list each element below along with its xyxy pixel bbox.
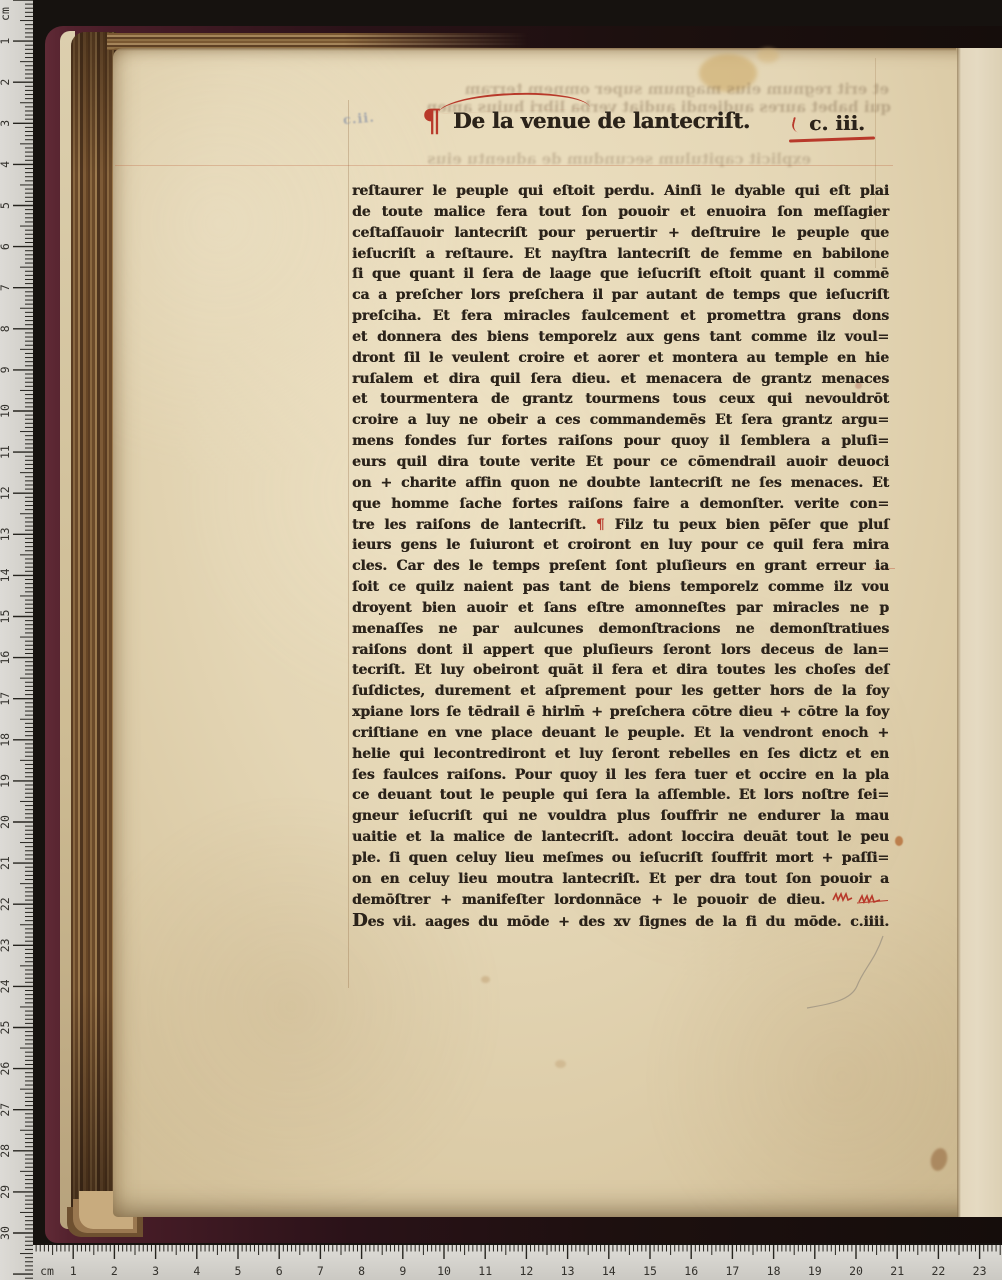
text-line: ſoit ce quilz naient pas tant de biens t… [352,577,889,598]
text-line: eurs quil dira toute verite Et pour ce c… [352,452,889,473]
text-line: ſes faulces raiſons. Pour quoy il les fe… [352,765,889,786]
svg-text:1: 1 [0,38,12,45]
svg-text:29: 29 [0,1185,12,1199]
text-line: ceſtaſſauoir lantecriſt pour peruertir +… [352,223,889,244]
photo-canvas: cm12345678910111213141516171819202122232… [0,0,1002,1280]
text-line: ce deuant tout le peuple qui ſera la aſſ… [352,785,889,806]
text-line: ca a preſcher lors preſchera il par auta… [352,285,889,306]
page-top-edge [113,48,956,51]
chapter-title: De la venue de lantecriſt. [453,109,750,134]
ruler-left-ticks: cm12345678910111213141516171819202122232… [0,0,33,1280]
svg-text:9: 9 [0,366,12,373]
text-line: et tourmentera de grantz tourmens tous c… [352,389,889,410]
speck [895,836,903,846]
svg-text:6: 6 [276,1264,283,1278]
text-line: gneur ieſucriſt qui ne vouldra plus ſouf… [352,806,889,827]
svg-text:19: 19 [808,1264,822,1278]
svg-text:25: 25 [0,1021,12,1035]
ruling-line-vertical-left [348,100,349,988]
text-line: menaſſes ne par aulcunes demonſtracions … [352,619,889,640]
svg-text:5: 5 [235,1264,242,1278]
svg-text:11: 11 [0,445,12,459]
svg-text:13: 13 [0,527,12,541]
text-line: et donnera des biens temporelz aux gens … [352,327,889,348]
chapter-number: c. iii. [809,111,865,135]
svg-text:7: 7 [317,1264,324,1278]
svg-text:13: 13 [561,1264,575,1278]
svg-text:12: 12 [519,1264,533,1278]
svg-text:11: 11 [478,1264,492,1278]
stain [757,48,779,63]
text-line: cles. Car des le temps preſent ſont pluſ… [352,556,889,577]
svg-text:21: 21 [0,856,12,870]
svg-text:6: 6 [0,243,12,250]
svg-text:8: 8 [0,325,12,332]
text-line: raiſons dont il appert que pluſieurs ſer… [352,640,889,661]
text-line: uaitie et la malice de lantecriſt. adont… [352,827,889,848]
svg-text:22: 22 [0,897,12,911]
svg-text:20: 20 [849,1264,863,1278]
speck [481,976,490,983]
svg-text:4: 4 [193,1264,200,1278]
book: et erit regnum eius magnum super omnem t… [45,26,1002,1243]
svg-text:5: 5 [0,202,12,209]
svg-text:22: 22 [931,1264,945,1278]
rubric-line-filler-icon [831,890,889,911]
svg-text:18: 18 [767,1264,781,1278]
chapter-heading: ¶ De la venue de lantecriſt. c. iii. [352,106,889,144]
svg-text:7: 7 [0,284,12,291]
text-line: tre les raiſons de lantecriſt. ¶ Filz tu… [352,515,889,536]
text-line: que homme ſache fortes raiſons faire a d… [352,494,889,515]
svg-text:21: 21 [890,1264,904,1278]
svg-text:27: 27 [0,1103,12,1117]
svg-text:18: 18 [0,733,12,747]
svg-text:17: 17 [725,1264,739,1278]
text-line: ſuſdictes, durement et aſprement pour le… [352,681,889,702]
text-line: tecriſt. Et luy obeiront quāt il fera et… [352,660,889,681]
svg-text:14: 14 [0,568,12,582]
svg-text:cm: cm [0,7,12,21]
text-line: on + charite affin quon ne doubte lantec… [352,473,889,494]
svg-text:28: 28 [0,1144,12,1158]
svg-text:19: 19 [0,774,12,788]
svg-text:10: 10 [0,404,12,418]
ruler-bottom-ticks: cm1234567891011121314151617181920212223 [33,1245,1002,1280]
svg-text:2: 2 [0,79,12,86]
text-line: mens fondes ſur fortes raiſons pour quoy… [352,431,889,452]
ruler-left: cm12345678910111213141516171819202122232… [0,0,33,1280]
svg-text:cm: cm [40,1264,54,1278]
text-line: ieurs gens le ſuiuront et croiront en lu… [352,535,889,556]
manuscript-page: et erit regnum eius magnum super omnem t… [113,48,1002,1217]
svg-text:1: 1 [70,1264,77,1278]
svg-text:15: 15 [0,610,12,624]
svg-text:3: 3 [152,1264,159,1278]
red-underline-stroke [789,136,875,141]
ruler-bottom: cm1234567891011121314151617181920212223 [33,1245,1002,1280]
rubric-pilcrow-icon: ¶ [422,104,442,138]
text-line: ieſucriſt a reſtaure. Et nayſtra lantecr… [352,244,889,265]
svg-text:23: 23 [973,1264,987,1278]
svg-text:16: 16 [0,651,12,665]
text-line: ple. ſi quen celuy lieu meſmes ou ieſucr… [352,848,889,869]
text-line: croire a luy ne obeir a ces commandemēs … [352,410,889,431]
svg-text:15: 15 [643,1264,657,1278]
facing-page-edge [957,48,1002,1217]
red-bracket-stroke [791,117,804,133]
text-line: Des vii. aages du mōde + des xv ſignes d… [352,911,889,932]
svg-text:12: 12 [0,486,12,500]
text-line: reſtaurer le peuple qui eſtoit perdu. Ai… [352,181,889,202]
text-line: ſi que quant il ſera de laage que ieſucr… [352,264,889,285]
text-line: demōſtrer + manifeſter lordonnāce + le p… [352,890,889,911]
text-block: reſtaurer le peuple qui eſtoit perdu. Ai… [352,181,889,931]
svg-text:4: 4 [0,161,12,168]
text-line: helie qui lecontrediront et luy ſeront r… [352,744,889,765]
svg-text:9: 9 [399,1264,406,1278]
text-line: de toute malice fera tout ſon pouoir et … [352,202,889,223]
svg-text:2: 2 [111,1264,118,1278]
svg-text:3: 3 [0,120,12,127]
text-line: xpiane lors ſe tēdrail ē hirlm̄ + preſch… [352,702,889,723]
text-line: on en celuy lieu moutra lantecriſt. Et p… [352,869,889,890]
rubric-pilcrow-inline-icon: ¶ [596,517,605,533]
svg-text:20: 20 [0,815,12,829]
text-line: preſciha. Et fera miracles faulcement et… [352,306,889,327]
page-fore-edge-stack [71,32,116,1227]
svg-text:23: 23 [0,938,12,952]
text-line: dront ſil le veulent croire et aorer et … [352,348,889,369]
svg-text:17: 17 [0,692,12,706]
lead-capital: D [352,910,368,931]
ink-offset-mark [801,932,893,1016]
svg-text:24: 24 [0,979,12,993]
svg-text:30: 30 [0,1226,12,1240]
svg-text:8: 8 [358,1264,365,1278]
svg-text:26: 26 [0,1062,12,1076]
text-line: droyent bien auoir et ſans eſtre amonneſ… [352,598,889,619]
speck [555,1060,566,1068]
show-through-line: explicit capitulum secundum de aduentu e… [381,150,811,168]
svg-text:14: 14 [602,1264,616,1278]
text-line: ruſalem et dira quil ſera dieu. et menac… [352,369,889,390]
svg-text:10: 10 [437,1264,451,1278]
svg-text:16: 16 [684,1264,698,1278]
chapter-number-text: c. iii. [809,111,865,135]
text-line: criſtiane en vne place deuant le peuple.… [352,723,889,744]
